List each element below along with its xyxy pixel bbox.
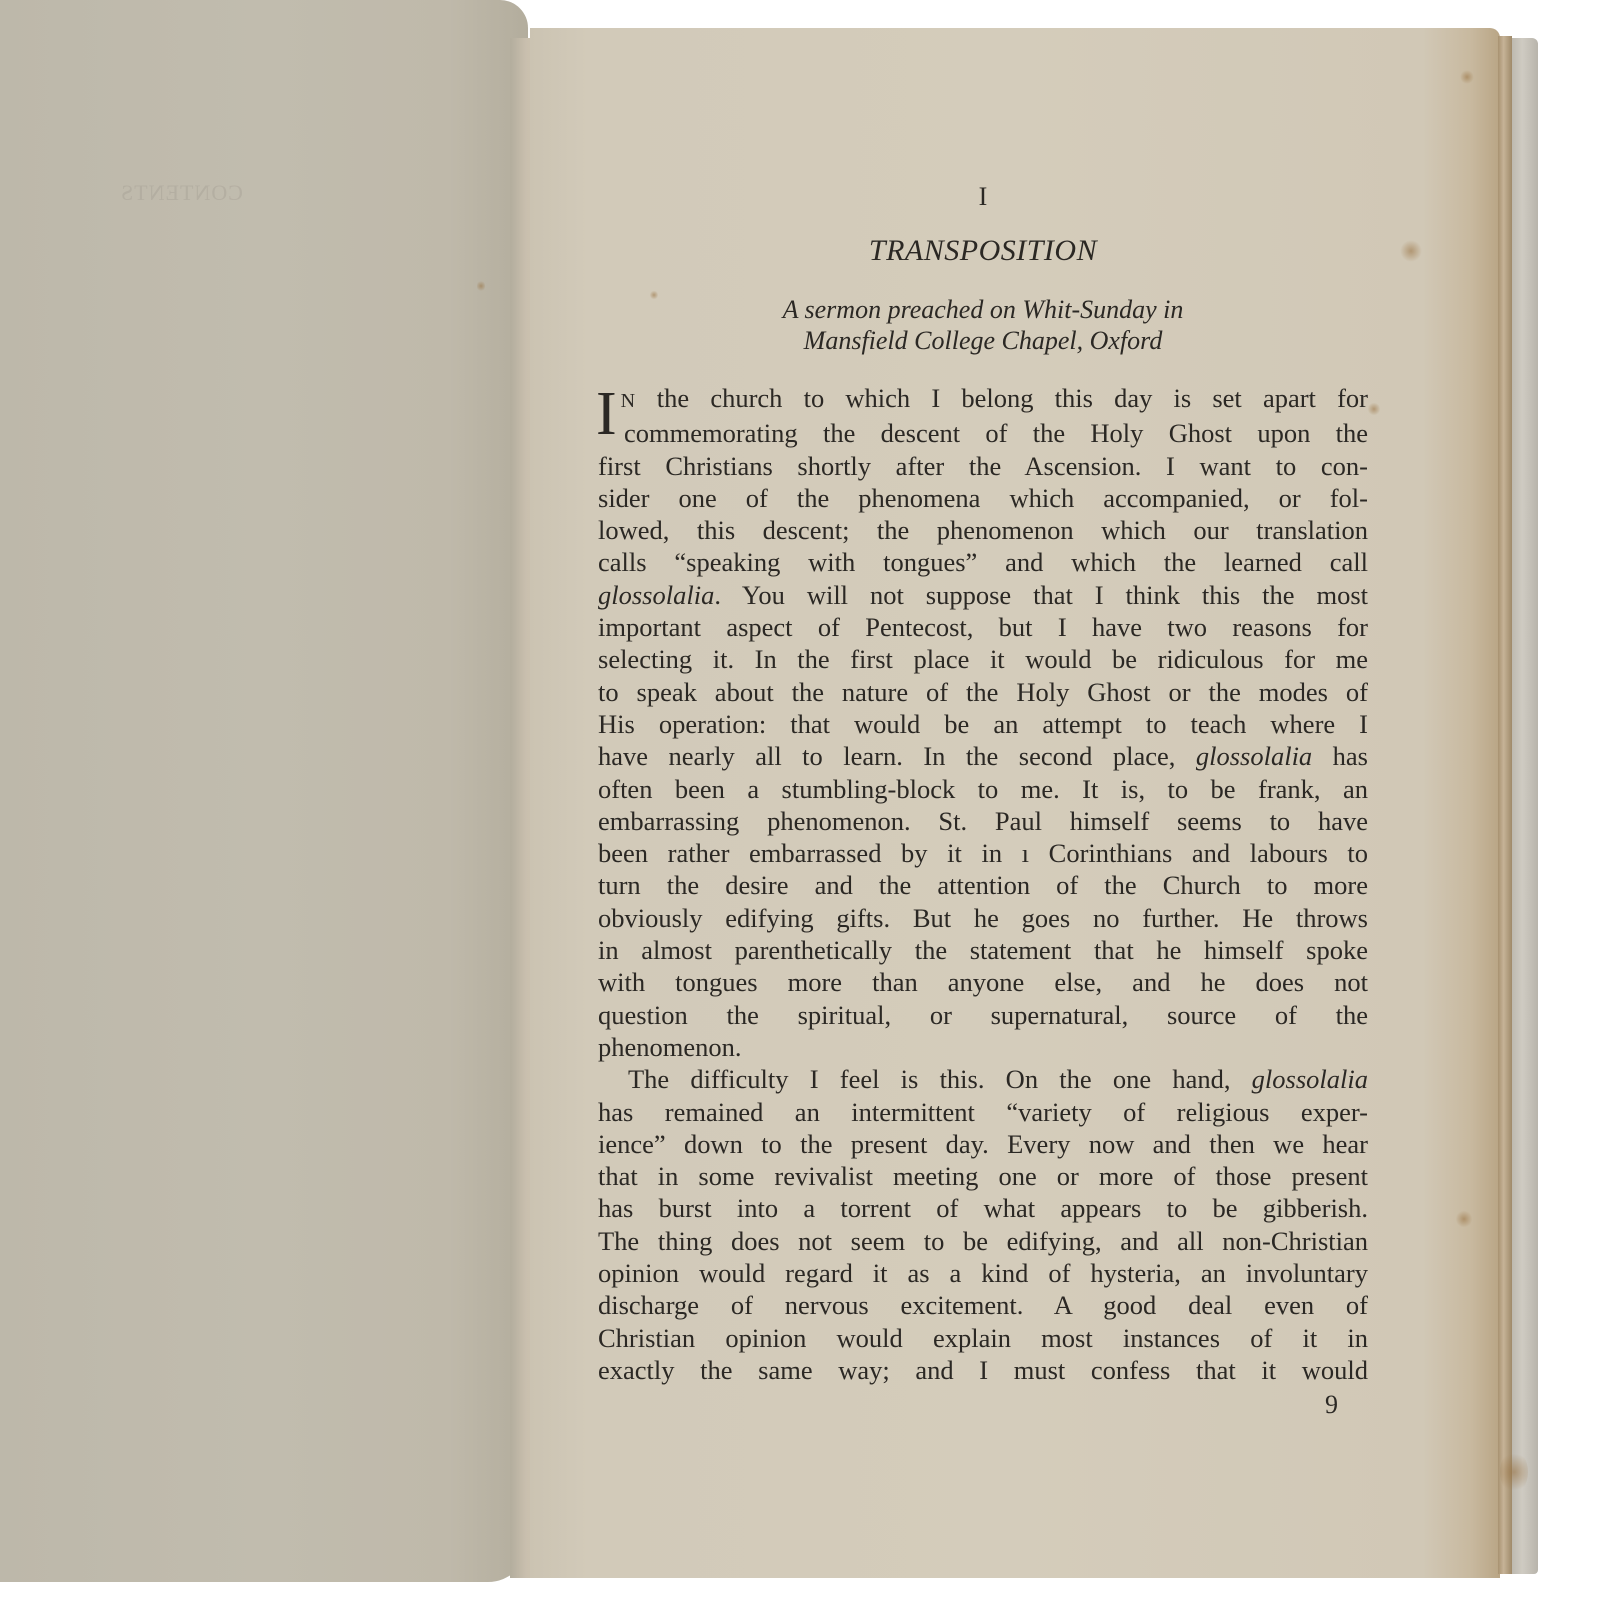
text-segment: has (1312, 741, 1368, 771)
foxing-spot (1500, 1450, 1528, 1494)
text-line: selecting it. In the first place it woul… (598, 643, 1368, 675)
text-segment: The thing does not seem to be edifying, … (598, 1226, 1368, 1256)
show-through-text: CONTENTS (120, 180, 243, 206)
text-line: The difficulty I feel is this. On the on… (598, 1063, 1368, 1095)
drop-cap: I (596, 388, 617, 440)
text-line: embarrassing phenomenon. St. Paul himsel… (598, 805, 1368, 837)
text-segment: has burst into a torrent of what appears… (598, 1193, 1368, 1223)
text-line: in almost parenthetically the statement … (598, 934, 1368, 966)
text-line: lowed, this descent; the phenomenon whic… (598, 514, 1368, 546)
text-segment: the church to which I belong this day is… (636, 383, 1368, 413)
text-segment: lowed, this descent; the phenomenon whic… (598, 515, 1368, 545)
text-segment: . You will not suppose that I think this… (714, 580, 1368, 610)
text-segment: exactly the same way; and I must confess… (598, 1355, 1368, 1385)
text-segment: turn the desire and the attention of the… (598, 870, 1368, 900)
text-segment: The difficulty I feel is this. On the on… (628, 1064, 1252, 1094)
text-line: turn the desire and the attention of the… (598, 869, 1368, 901)
text-segment: commemorating the descent of the Holy Gh… (624, 418, 1368, 448)
text-line: commemorating the descent of the Holy Gh… (598, 417, 1368, 449)
subtitle-line-1: A sermon preached on Whit-Sunday in (598, 294, 1368, 325)
text-segment: embarrassing phenomenon. St. Paul himsel… (598, 806, 1368, 836)
text-line: IN the church to which I belong this day… (598, 382, 1368, 417)
text-line: glossolalia. You will not suppose that I… (598, 579, 1368, 611)
foxing-spot (1400, 240, 1422, 262)
page-number: 9 (1325, 1390, 1338, 1420)
text-segment: been rather embarrassed by it in ı Corin… (598, 838, 1368, 868)
text-segment: to speak about the nature of the Holy Gh… (598, 677, 1368, 707)
text-line: phenomenon. (598, 1031, 1368, 1063)
text-segment: first Christians shortly after the Ascen… (598, 451, 1368, 481)
foxing-spot (477, 280, 485, 292)
chapter-number: I (598, 180, 1368, 214)
open-book-photo: CONTENTS I TRANSPOSITION A sermon preach… (0, 0, 1600, 1600)
text-line: opinion would regard it as a kind of hys… (598, 1257, 1368, 1289)
sermon-body-text: IN the church to which I belong this day… (598, 382, 1368, 1386)
text-segment: opinion would regard it as a kind of hys… (598, 1258, 1368, 1288)
italic-term: glossolalia (598, 580, 714, 610)
text-segment: calls “speaking with tongues” and which … (598, 547, 1368, 577)
text-line: ience” down to the present day. Every no… (598, 1128, 1368, 1160)
text-segment: with tongues more than anyone else, and … (598, 967, 1368, 997)
text-segment: obviously edifying gifts. But he goes no… (598, 903, 1368, 933)
italic-term: glossolalia (1252, 1064, 1368, 1094)
text-line: calls “speaking with tongues” and which … (598, 546, 1368, 578)
text-segment: selecting it. In the first place it woul… (598, 644, 1368, 674)
text-line: have nearly all to learn. In the second … (598, 740, 1368, 772)
text-line: to speak about the nature of the Holy Gh… (598, 676, 1368, 708)
text-line: has burst into a torrent of what appears… (598, 1192, 1368, 1224)
text-segment: has remained an intermittent “variety of… (598, 1097, 1368, 1127)
text-segment: in almost parenthetically the statement … (598, 935, 1368, 965)
chapter-title: TRANSPOSITION (598, 234, 1368, 268)
text-segment: sider one of the phenomena which accompa… (598, 483, 1368, 513)
text-segment: His operation: that would be an attempt … (598, 709, 1368, 739)
text-line: The thing does not seem to be edifying, … (598, 1225, 1368, 1257)
text-segment: N (621, 390, 636, 412)
text-segment: question the spiritual, or supernatural,… (598, 1000, 1368, 1030)
text-segment: have nearly all to learn. In the second … (598, 741, 1196, 771)
text-line: His operation: that would be an attempt … (598, 708, 1368, 740)
text-line: been rather embarrassed by it in ı Corin… (598, 837, 1368, 869)
text-line: Christian opinion would explain most ins… (598, 1322, 1368, 1354)
italic-term: glossolalia (1196, 741, 1312, 771)
back-cover-edge (1512, 38, 1538, 1574)
chapter-subtitle: A sermon preached on Whit-Sunday in Mans… (598, 294, 1368, 356)
foxing-spot (1460, 70, 1474, 84)
page-block-edge (1498, 36, 1512, 1574)
left-page-blank: CONTENTS (0, 0, 528, 1582)
text-line: with tongues more than anyone else, and … (598, 966, 1368, 998)
text-segment: Christian opinion would explain most ins… (598, 1323, 1368, 1353)
text-segment: ience” down to the present day. Every no… (598, 1129, 1368, 1159)
text-line: that in some revivalist meeting one or m… (598, 1160, 1368, 1192)
text-segment: phenomenon. (598, 1032, 742, 1062)
text-segment: that in some revivalist meeting one or m… (598, 1161, 1368, 1191)
subtitle-line-2: Mansfield College Chapel, Oxford (598, 325, 1368, 356)
text-segment: often been a stumbling-block to me. It i… (598, 774, 1368, 804)
text-line: often been a stumbling-block to me. It i… (598, 773, 1368, 805)
page-text-block: I TRANSPOSITION A sermon preached on Whi… (598, 180, 1368, 1386)
text-line: has remained an intermittent “variety of… (598, 1096, 1368, 1128)
text-line: sider one of the phenomena which accompa… (598, 482, 1368, 514)
text-segment: discharge of nervous excitement. A good … (598, 1290, 1368, 1320)
text-line: discharge of nervous excitement. A good … (598, 1289, 1368, 1321)
text-line: obviously edifying gifts. But he goes no… (598, 902, 1368, 934)
text-line: question the spiritual, or supernatural,… (598, 999, 1368, 1031)
foxing-spot (1456, 1210, 1472, 1228)
text-line: first Christians shortly after the Ascen… (598, 450, 1368, 482)
text-segment: important aspect of Pentecost, but I hav… (598, 612, 1368, 642)
foxing-spot (1368, 402, 1380, 416)
text-line: exactly the same way; and I must confess… (598, 1354, 1368, 1386)
text-line: important aspect of Pentecost, but I hav… (598, 611, 1368, 643)
